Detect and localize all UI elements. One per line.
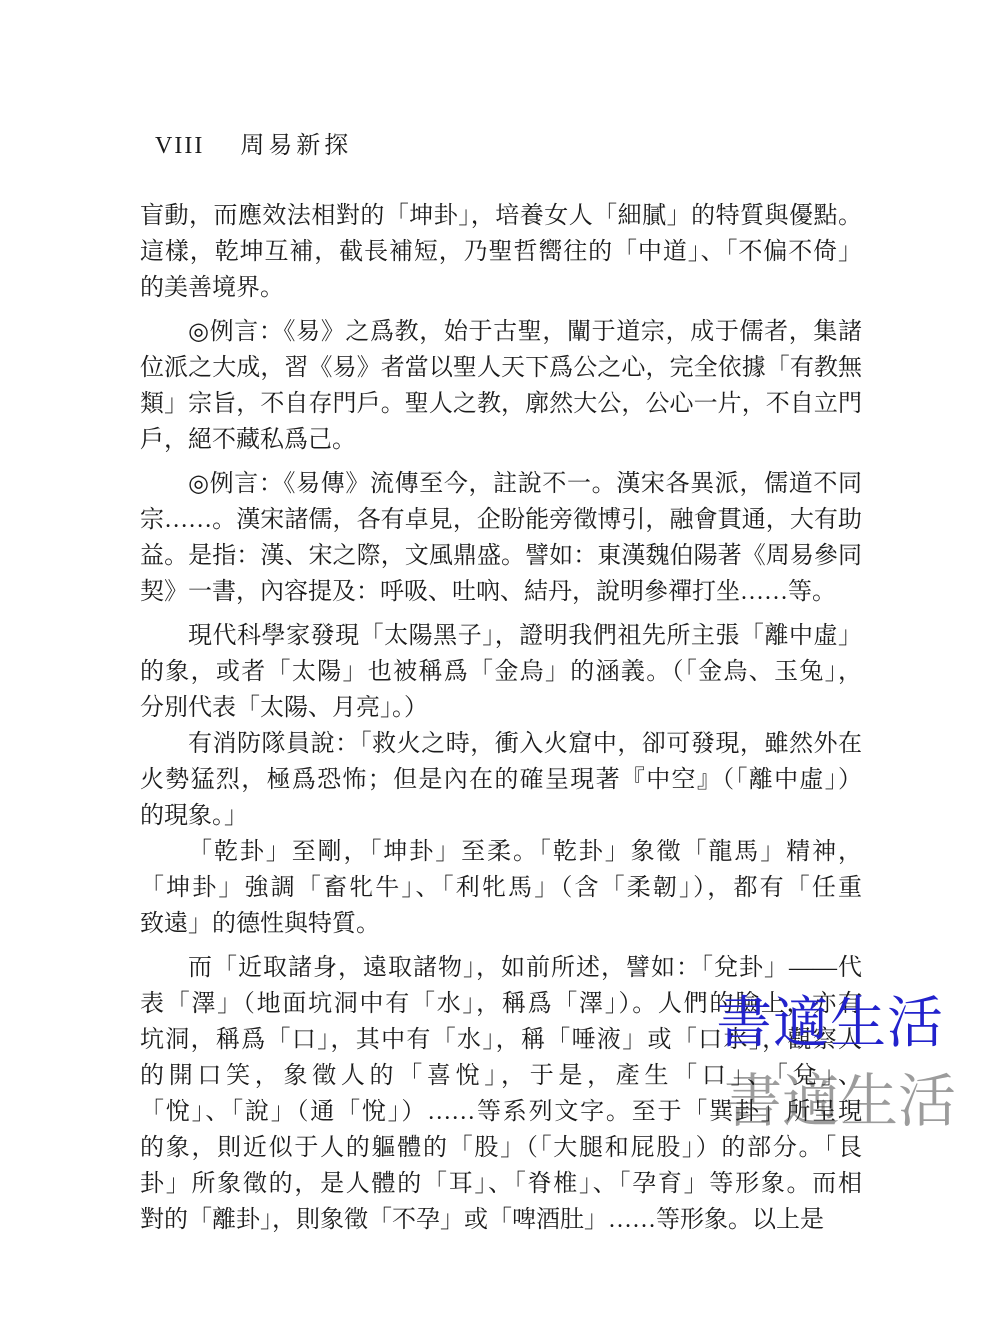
text-line: 這樣，乾坤互補，截長補短，乃聖哲嚮往的「中道」、「不偏不倚」 xyxy=(140,234,862,270)
text-line: 有消防隊員說：「救火之時，衝入火窟中，卻可發現，雖然外在 xyxy=(140,726,862,762)
text-line: 的象，則近似于人的軀體的「股」（「大腿和屁股」）的部分。「艮 xyxy=(140,1130,862,1166)
paragraph: 盲動，而應效法相對的「坤卦」，培養女人「細膩」的特質與優點。這樣，乾坤互補，截長… xyxy=(140,198,862,306)
text-line: 的現象。」 xyxy=(140,798,862,834)
text-line: 致遠」的德性與特質。 xyxy=(140,906,862,942)
text-line: 契》一書，內容提及：呼吸、吐吶、結丹，說明參禪打坐……等。 xyxy=(140,574,862,610)
text-line: 類」宗旨，不自存門戶。聖人之教，廓然大公，公心一片，不自立門 xyxy=(140,386,862,422)
text-line: 益。是指：漢、宋之際，文風鼎盛。譬如：東漢魏伯陽著《周易參同 xyxy=(140,538,862,574)
paragraph: 有消防隊員說：「救火之時，衝入火窟中，卻可發現，雖然外在火勢猛烈，極爲恐怖；但是… xyxy=(140,726,862,834)
text-line: 「坤卦」強調「畜牝牛」、「利牝馬」（含「柔韌」），都有「任重 xyxy=(140,870,862,906)
text-line: ◎例言：《易傳》流傳至今，註說不一。漢宋各異派，儒道不同 xyxy=(140,466,862,502)
text-line: 而「近取諸身，遠取諸物」，如前所述，譬如：「兌卦」——代 xyxy=(140,950,862,986)
text-line: 的象，或者「太陽」也被稱爲「金烏」的涵義。（「金烏、玉兔」， xyxy=(140,654,862,690)
text-line: 的美善境界。 xyxy=(140,270,862,306)
text-line: ◎例言：《易》之爲教，始于古聖，闡于道宗，成于儒者，集諸 xyxy=(140,314,862,350)
paragraph: ◎例言：《易》之爲教，始于古聖，闡于道宗，成于儒者，集諸位派之大成，習《易》者當… xyxy=(140,314,862,458)
text-line: 盲動，而應效法相對的「坤卦」，培養女人「細膩」的特質與優點。 xyxy=(140,198,862,234)
book-page: VIII周易新探 盲動，而應效法相對的「坤卦」，培養女人「細膩」的特質與優點。這… xyxy=(0,0,1000,1334)
text-line: 分別代表「太陽、月亮」。） xyxy=(140,690,862,726)
text-line: 宗……。漢宋諸儒，各有卓見，企盼能旁徵博引，融會貫通，大有助 xyxy=(140,502,862,538)
text-line: 「乾卦」至剛，「坤卦」至柔。「乾卦」象徵「龍馬」精神， xyxy=(140,834,862,870)
text-line: 位派之大成，習《易》者當以聖人天下爲公之心，完全依據「有教無 xyxy=(140,350,862,386)
text-line: 的開口笑，象徵人的「喜悅」，于是，產生「口」、「兌」、 xyxy=(140,1058,862,1094)
text-line: 現代科學家發現「太陽黑子」，證明我們祖先所主張「離中虛」 xyxy=(140,618,862,654)
paragraph: 現代科學家發現「太陽黑子」，證明我們祖先所主張「離中虛」的象，或者「太陽」也被稱… xyxy=(140,618,862,726)
page-header: VIII周易新探 xyxy=(155,131,352,161)
text-line: 火勢猛烈，極爲恐怖；但是內在的確呈現著『中空』（「離中虛」） xyxy=(140,762,862,798)
text-line: 對的「離卦」，則象徵「不孕」或「啤酒肚」……等形象。以上是 xyxy=(140,1202,862,1238)
paragraph: 「乾卦」至剛，「坤卦」至柔。「乾卦」象徵「龍馬」精神，「坤卦」強調「畜牝牛」、「… xyxy=(140,834,862,942)
text-line: 卦」所象徵的，是人體的「耳」、「脊椎」、「孕育」等形象。而相 xyxy=(140,1166,862,1202)
text-line: 「悅」、「說」（通「悅」）……等系列文字。至于「巽卦」所呈現 xyxy=(140,1094,862,1130)
text-line: 戶，絕不藏私爲己。 xyxy=(140,422,862,458)
body-text: 盲動，而應效法相對的「坤卦」，培養女人「細膩」的特質與優點。這樣，乾坤互補，截長… xyxy=(140,198,862,1238)
page-number: VIII xyxy=(155,133,204,159)
paragraph: ◎例言：《易傳》流傳至今，註說不一。漢宋各異派，儒道不同宗……。漢宋諸儒，各有卓… xyxy=(140,466,862,610)
book-title: 周易新探 xyxy=(240,133,352,159)
watermark-blue: 書適生活 xyxy=(716,996,944,1052)
